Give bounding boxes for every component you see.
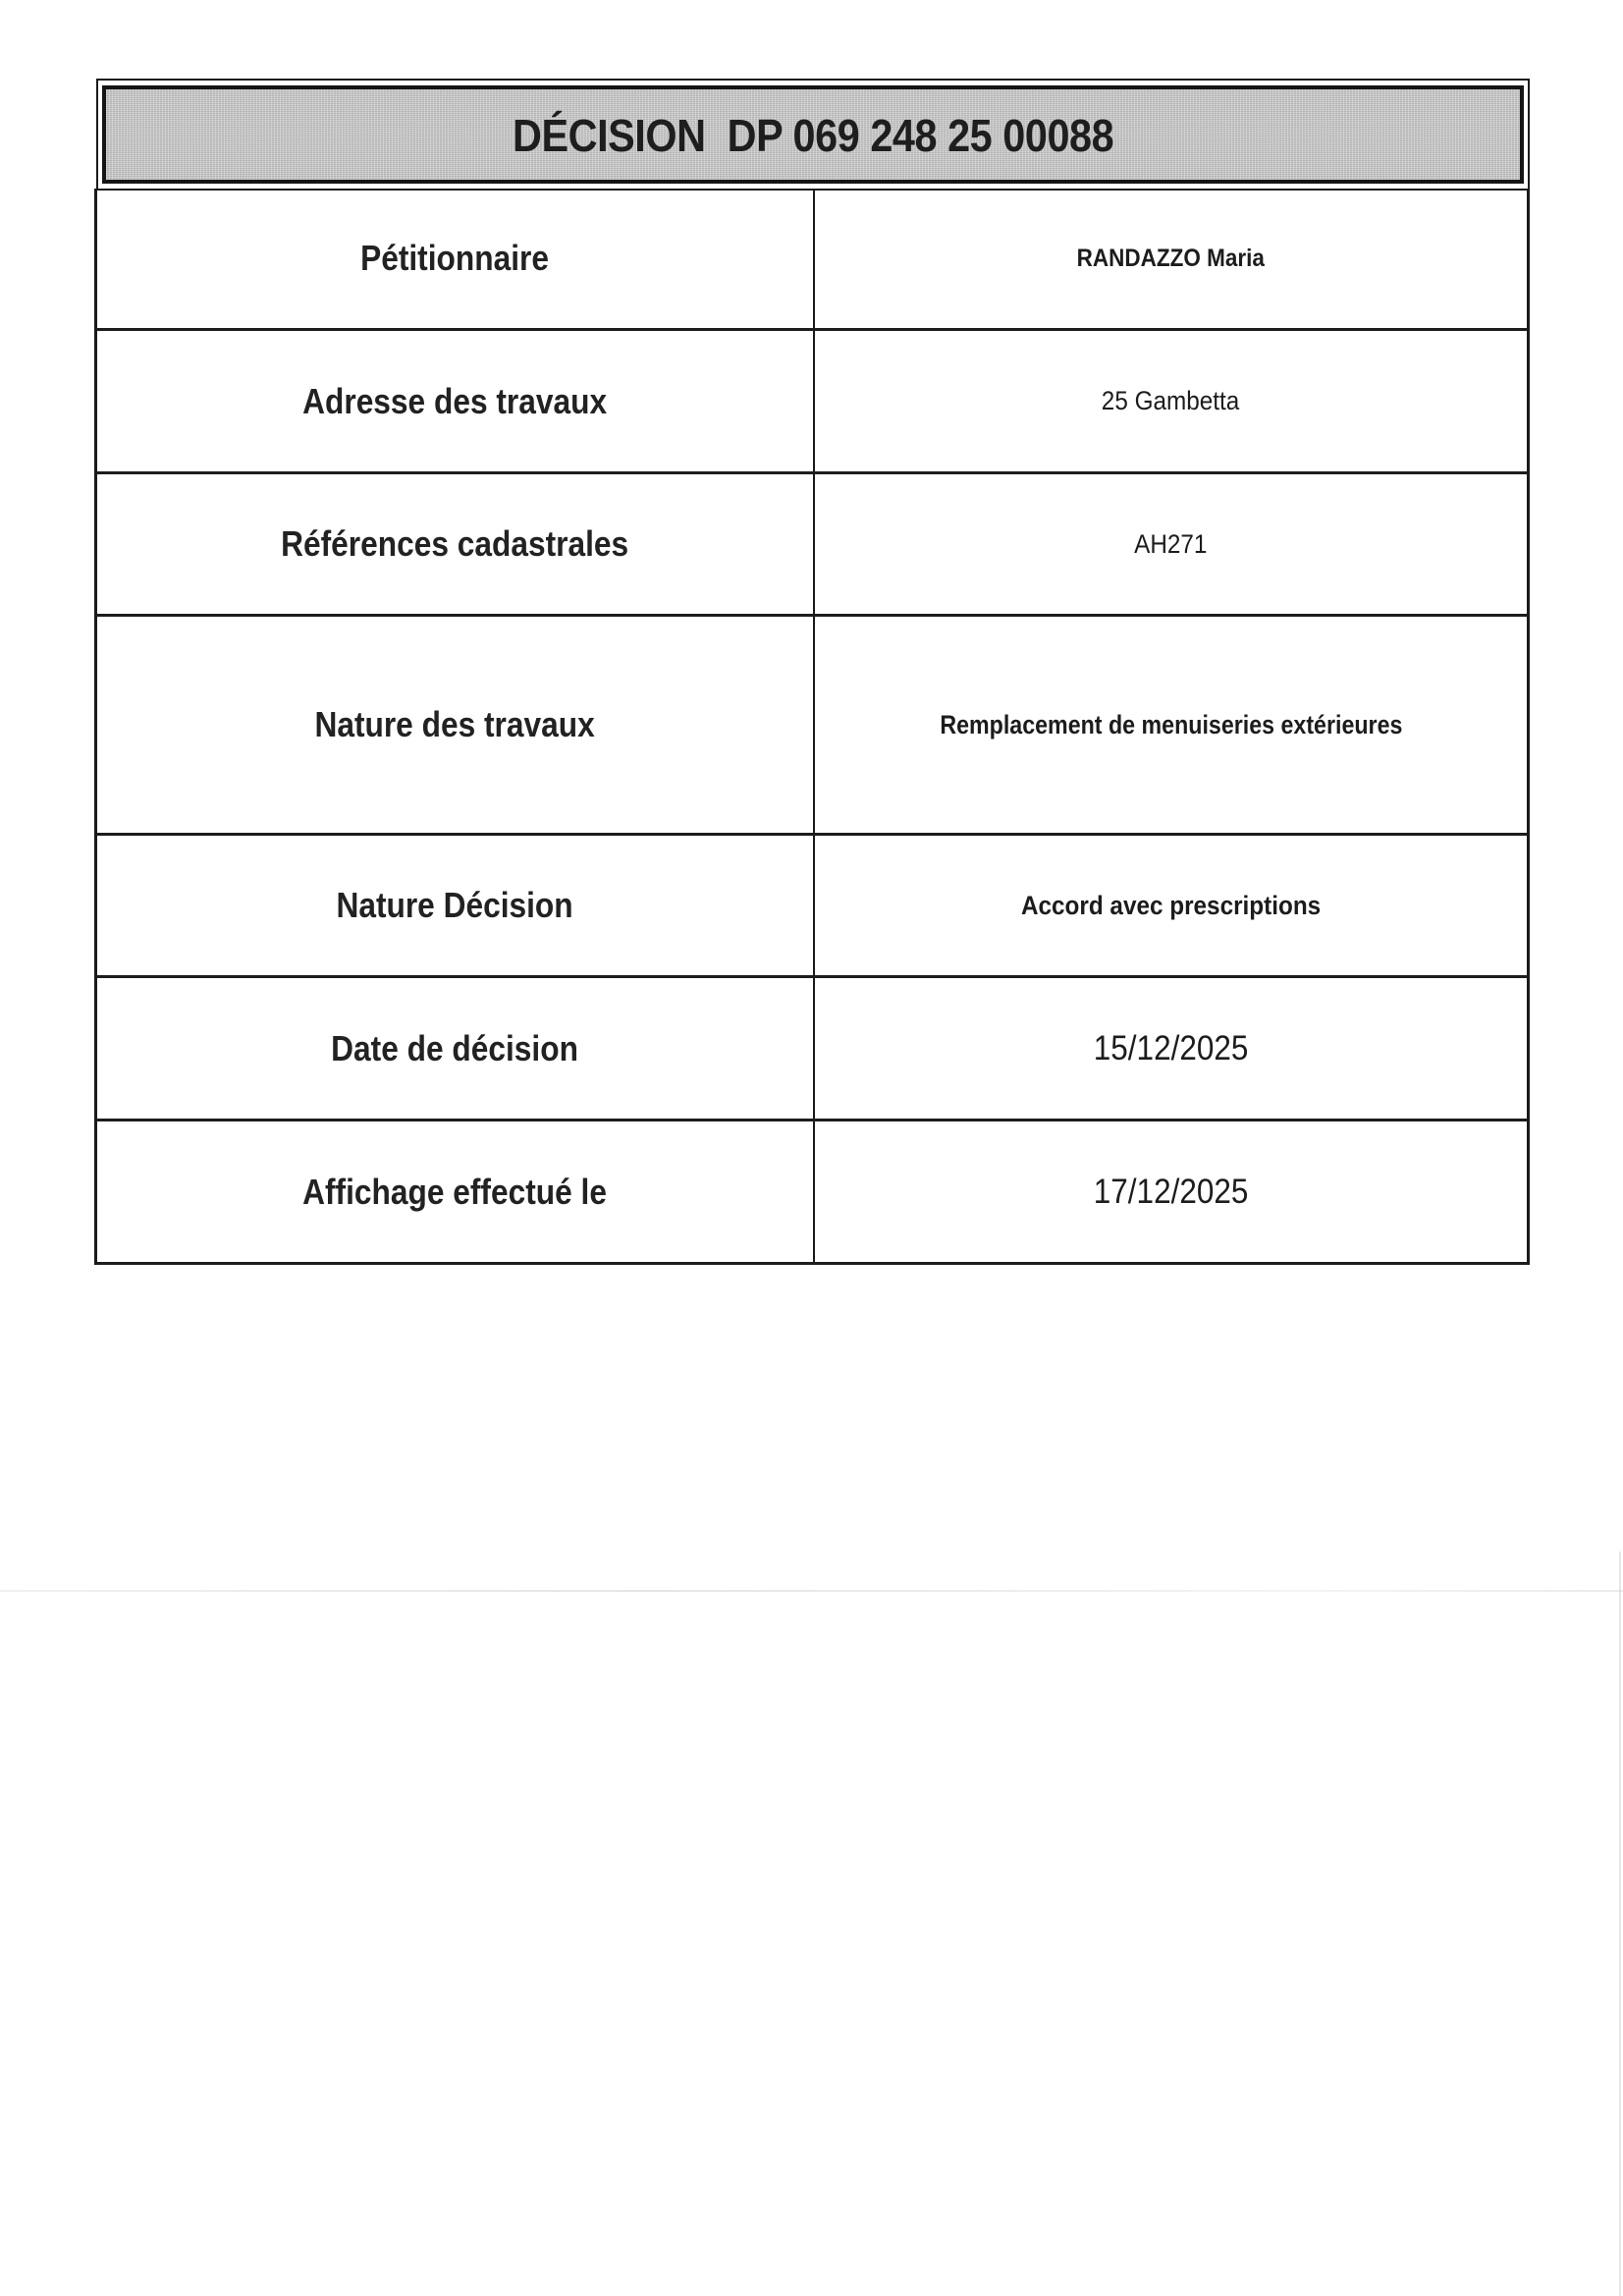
table-row-date-decision: Date de décision 15/12/2025 (97, 978, 1527, 1121)
decision-header-fill: DÉCISION DP 069 248 25 00088 (102, 85, 1524, 184)
table-row-nature-decision: Nature Décision Accord avec prescription… (97, 836, 1527, 978)
table-row-affichage: Affichage effectué le 17/12/2025 (97, 1121, 1527, 1265)
table-row-petitionnaire: Pétitionnaire RANDAZZO Maria (97, 189, 1527, 331)
scan-artifact-line (0, 1590, 1623, 1592)
row-value: Accord avec prescriptions (1021, 891, 1321, 921)
value-cell: 17/12/2025 (815, 1121, 1527, 1262)
row-value: 17/12/2025 (1094, 1173, 1249, 1212)
label-cell: Date de décision (97, 978, 815, 1119)
table-row-adresse: Adresse des travaux 25 Gambetta (97, 331, 1527, 474)
row-label: Adresse des travaux (303, 381, 608, 422)
decision-header: DÉCISION DP 069 248 25 00088 (96, 79, 1530, 191)
value-cell: Accord avec prescriptions (815, 836, 1527, 975)
label-cell: Nature Décision (97, 836, 815, 975)
row-label: Nature Décision (337, 885, 573, 926)
value-cell: 15/12/2025 (815, 978, 1527, 1119)
table-row-nature-travaux: Nature des travaux Remplacement de menui… (97, 617, 1527, 836)
row-value: 25 Gambetta (1102, 386, 1239, 416)
scan-artifact-edge (1619, 1552, 1621, 2296)
label-cell: Nature des travaux (97, 617, 815, 833)
row-value: 15/12/2025 (1094, 1029, 1249, 1068)
row-label: Nature des travaux (315, 704, 595, 745)
label-cell: Adresse des travaux (97, 331, 815, 471)
table-row-references: Références cadastrales AH271 (97, 474, 1527, 617)
row-value: Remplacement de menuiseries extérieures (940, 710, 1402, 740)
label-cell: Références cadastrales (97, 474, 815, 614)
value-cell: 25 Gambetta (815, 331, 1527, 471)
row-value: RANDAZZO Maria (1077, 245, 1265, 273)
value-cell: RANDAZZO Maria (815, 189, 1527, 328)
row-label: Références cadastrales (281, 523, 628, 565)
label-cell: Affichage effectué le (97, 1121, 815, 1262)
value-cell: AH271 (815, 474, 1527, 614)
value-cell: Remplacement de menuiseries extérieures (815, 617, 1527, 833)
label-cell: Pétitionnaire (97, 189, 815, 328)
row-label: Pétitionnaire (361, 238, 550, 279)
row-label: Date de décision (332, 1028, 579, 1069)
row-value: AH271 (1134, 529, 1207, 560)
decision-title: DÉCISION DP 069 248 25 00088 (513, 109, 1113, 162)
document-page: DÉCISION DP 069 248 25 00088 Pétitionnai… (0, 0, 1623, 2296)
row-label: Affichage effectué le (303, 1172, 608, 1213)
decision-table: Pétitionnaire RANDAZZO Maria Adresse des… (94, 189, 1530, 1265)
